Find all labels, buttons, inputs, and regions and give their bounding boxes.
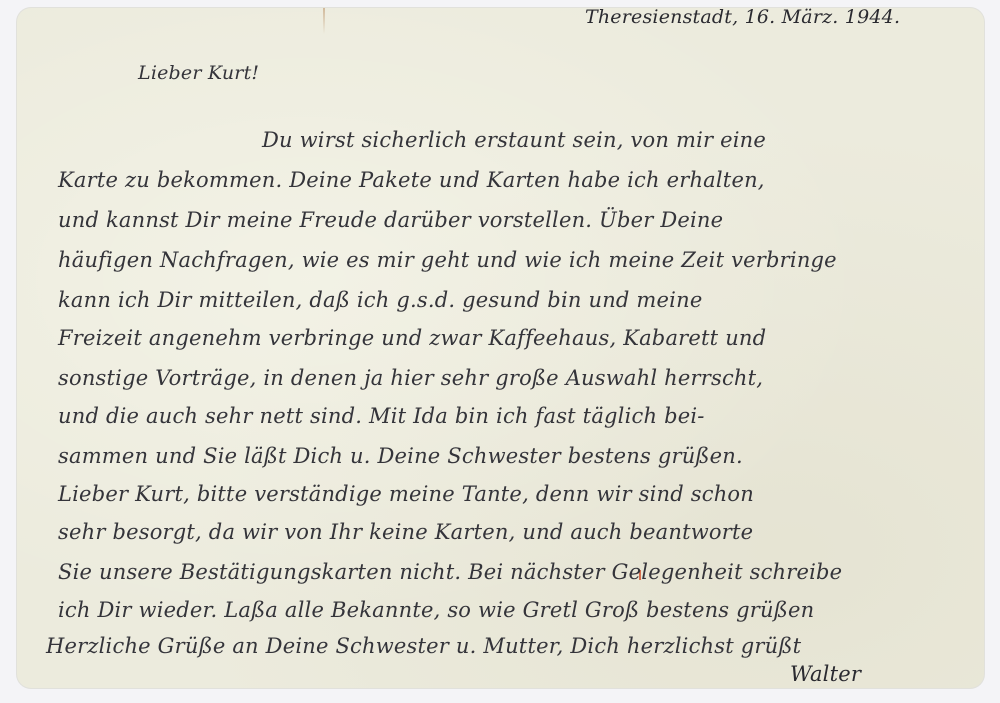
body-line: sehr besorgt, da wir von Ihr keine Karte… <box>58 520 753 544</box>
salutation: Lieber Kurt! <box>138 62 259 84</box>
signature: Walter <box>790 662 861 686</box>
scan-background: Theresienstadt, 16. März. 1944. Lieber K… <box>0 0 1000 703</box>
body-line: sonstige Vorträge, in denen ja hier sehr… <box>58 366 763 390</box>
body-line: Karte zu bekommen. Deine Pakete und Kart… <box>58 168 765 192</box>
body-line: kann ich Dir mitteilen, daß ich g.s.d. g… <box>58 288 702 312</box>
body-line: ich Dir wieder. Laßa alle Bekannte, so w… <box>58 598 814 622</box>
body-line: sammen und Sie läßt Dich u. Deine Schwes… <box>58 444 743 468</box>
body-line: Herzliche Grüße an Deine Schwester u. Mu… <box>46 634 801 658</box>
body-line: Du wirst sicherlich erstaunt sein, von m… <box>262 128 766 152</box>
body-line: häufigen Nachfragen, wie es mir geht und… <box>58 248 837 272</box>
body-line: Freizeit angenehm verbringe und zwar Kaf… <box>58 326 766 350</box>
body-line: Sie unsere Bestätigungskarten nicht. Bei… <box>58 560 842 584</box>
date-line: Theresienstadt, 16. März. 1944. <box>585 6 900 28</box>
body-line: und kannst Dir meine Freude darüber vors… <box>58 208 723 232</box>
paper-crease-mark <box>323 8 325 34</box>
body-line: und die auch sehr nett sind. Mit Ida bin… <box>58 404 705 428</box>
body-line: Lieber Kurt, bitte verständige meine Tan… <box>58 482 754 506</box>
